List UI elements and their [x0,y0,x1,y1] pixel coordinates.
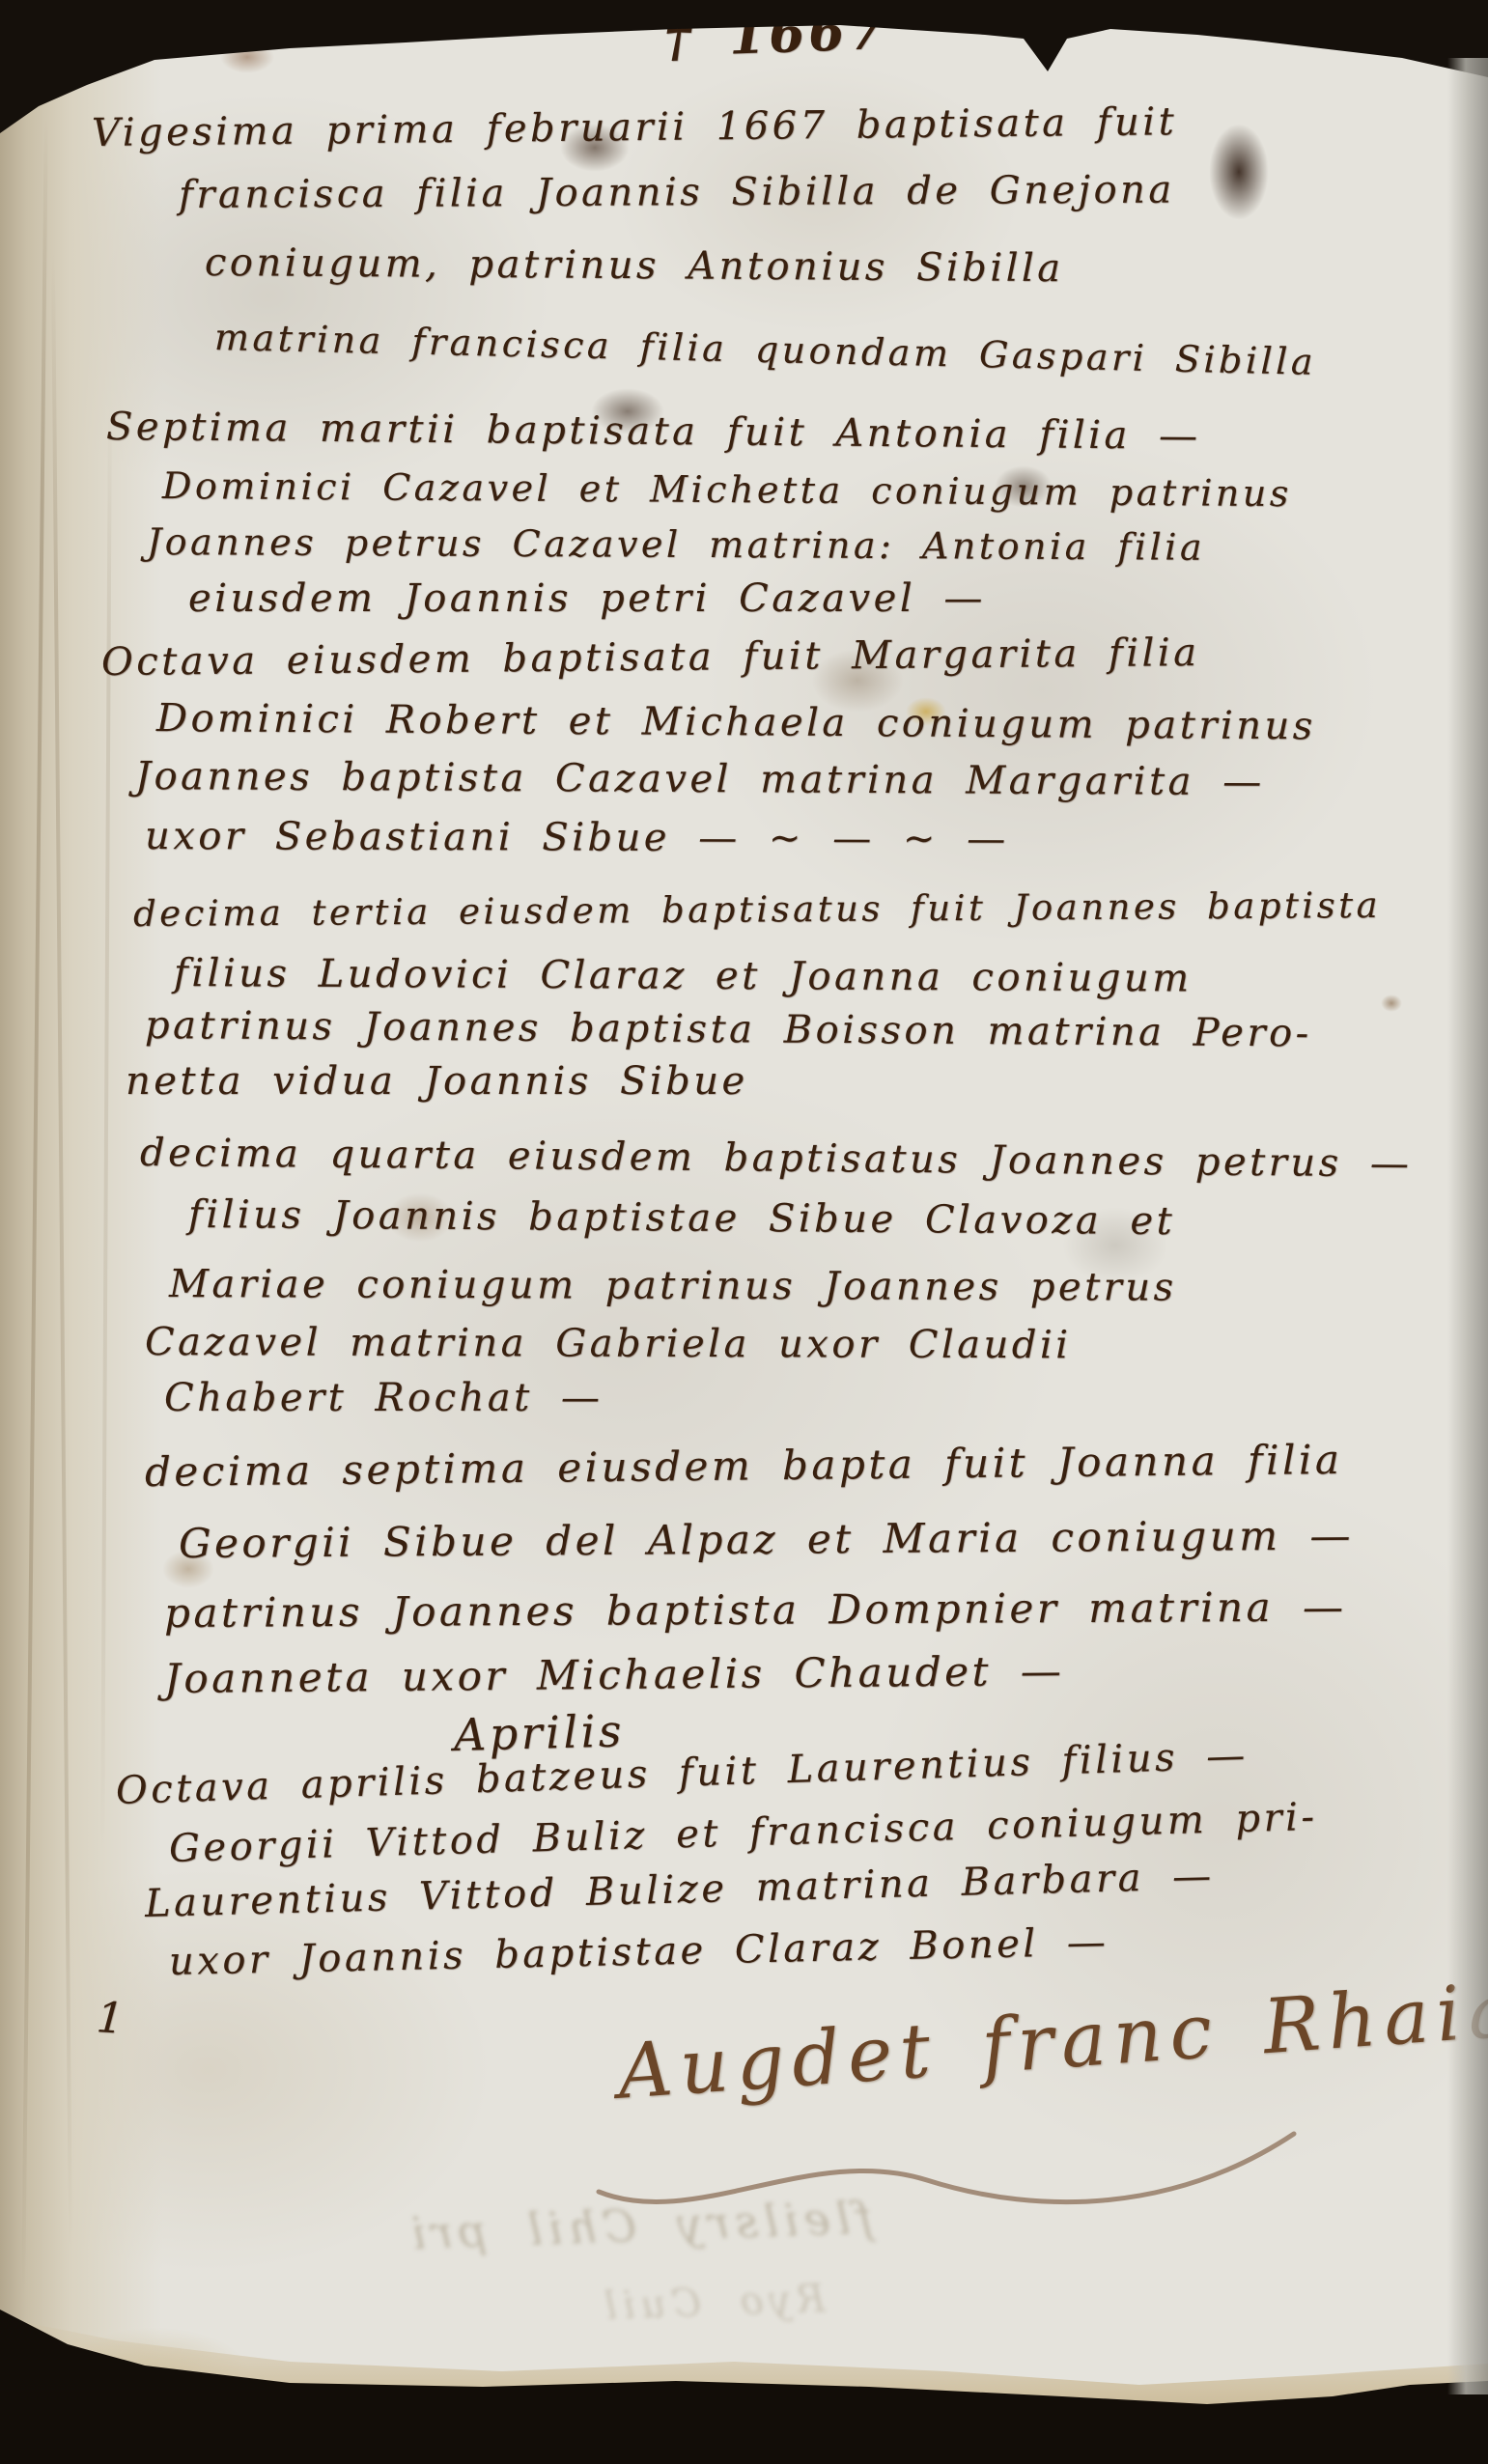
entry4-line2: filius Ludovici Claraz et Joanna coniugu… [174,954,1193,998]
entry6-line1: decima septima eiusdem bapta fuit Joanna… [145,1440,1343,1493]
bleedthrough-line: Ryo Cuil [598,2277,826,2329]
entry3-line3: Joannes baptista Cazavel matrina Margari… [135,757,1265,801]
entry4-line1: decima tertia eiusdem baptisatus fuit Jo… [133,887,1381,932]
entry3-line2: Dominici Robert et Michaela coniugum pat… [156,699,1316,745]
entry6-line2: Georgii Sibue del Alpaz et Maria coniugu… [179,1516,1354,1564]
margin-mark: 1 [95,1997,127,2041]
entry3-line1: Octava eiusdem baptisata fuit Margarita … [101,633,1200,682]
entry5-line1: decima quarta eiusdem baptisatus Joannes… [140,1134,1413,1183]
entry2-line4: eiusdem Joannis petri Cazavel — [188,579,986,618]
entry5-line4: Cazavel matrina Gabriela uxor Claudii [145,1323,1072,1364]
entry3-line4: uxor Sebastiani Sibue — ~ — ~ — [145,817,1009,858]
entry6-line3: patrinus Joannes baptista Dompnier matri… [164,1587,1347,1634]
entry5-line5: Chabert Rochat — [164,1379,603,1417]
page-right-edge [1447,58,1488,2394]
entry4-line4: netta vidua Joannis Sibue [126,1062,748,1101]
entry1-line3: coniugum, patrinus Antonius Sibilla [205,243,1064,288]
month-header-aprilis: Aprilis [453,1708,625,1757]
entry5-line2: filius Joannis baptistae Sibue Clavoza e… [188,1195,1175,1241]
entry2-line2: Dominici Cazavel et Michetta coniugum pa… [162,467,1292,512]
smudge-stain [1381,994,1402,1012]
entry2-line3: Joannes petrus Cazavel matrina: Antonia … [147,523,1205,566]
ink-stain [1209,124,1269,220]
signature-flourish [579,2105,1313,2221]
entry1-line1: Vigesima prima februarii 1667 baptisata … [92,102,1178,153]
entry4-line3: patrinus Joannes baptista Boisson matrin… [145,1006,1312,1052]
scanned-register-photo: fleilsry Chil pri Ryo Cuil † 1667 Vigesi… [0,0,1488,2464]
entry2-line1: Septima martii baptisata fuit Antonia fi… [106,407,1201,456]
entry5-line3: Mariae coniugum patrinus Joannes petrus [169,1265,1177,1307]
entry1-line2: francisca filia Joannis Sibilla de Gnejo… [179,171,1175,214]
entry6-line4: Joanneta uxor Michaelis Chaudet — [164,1651,1065,1699]
